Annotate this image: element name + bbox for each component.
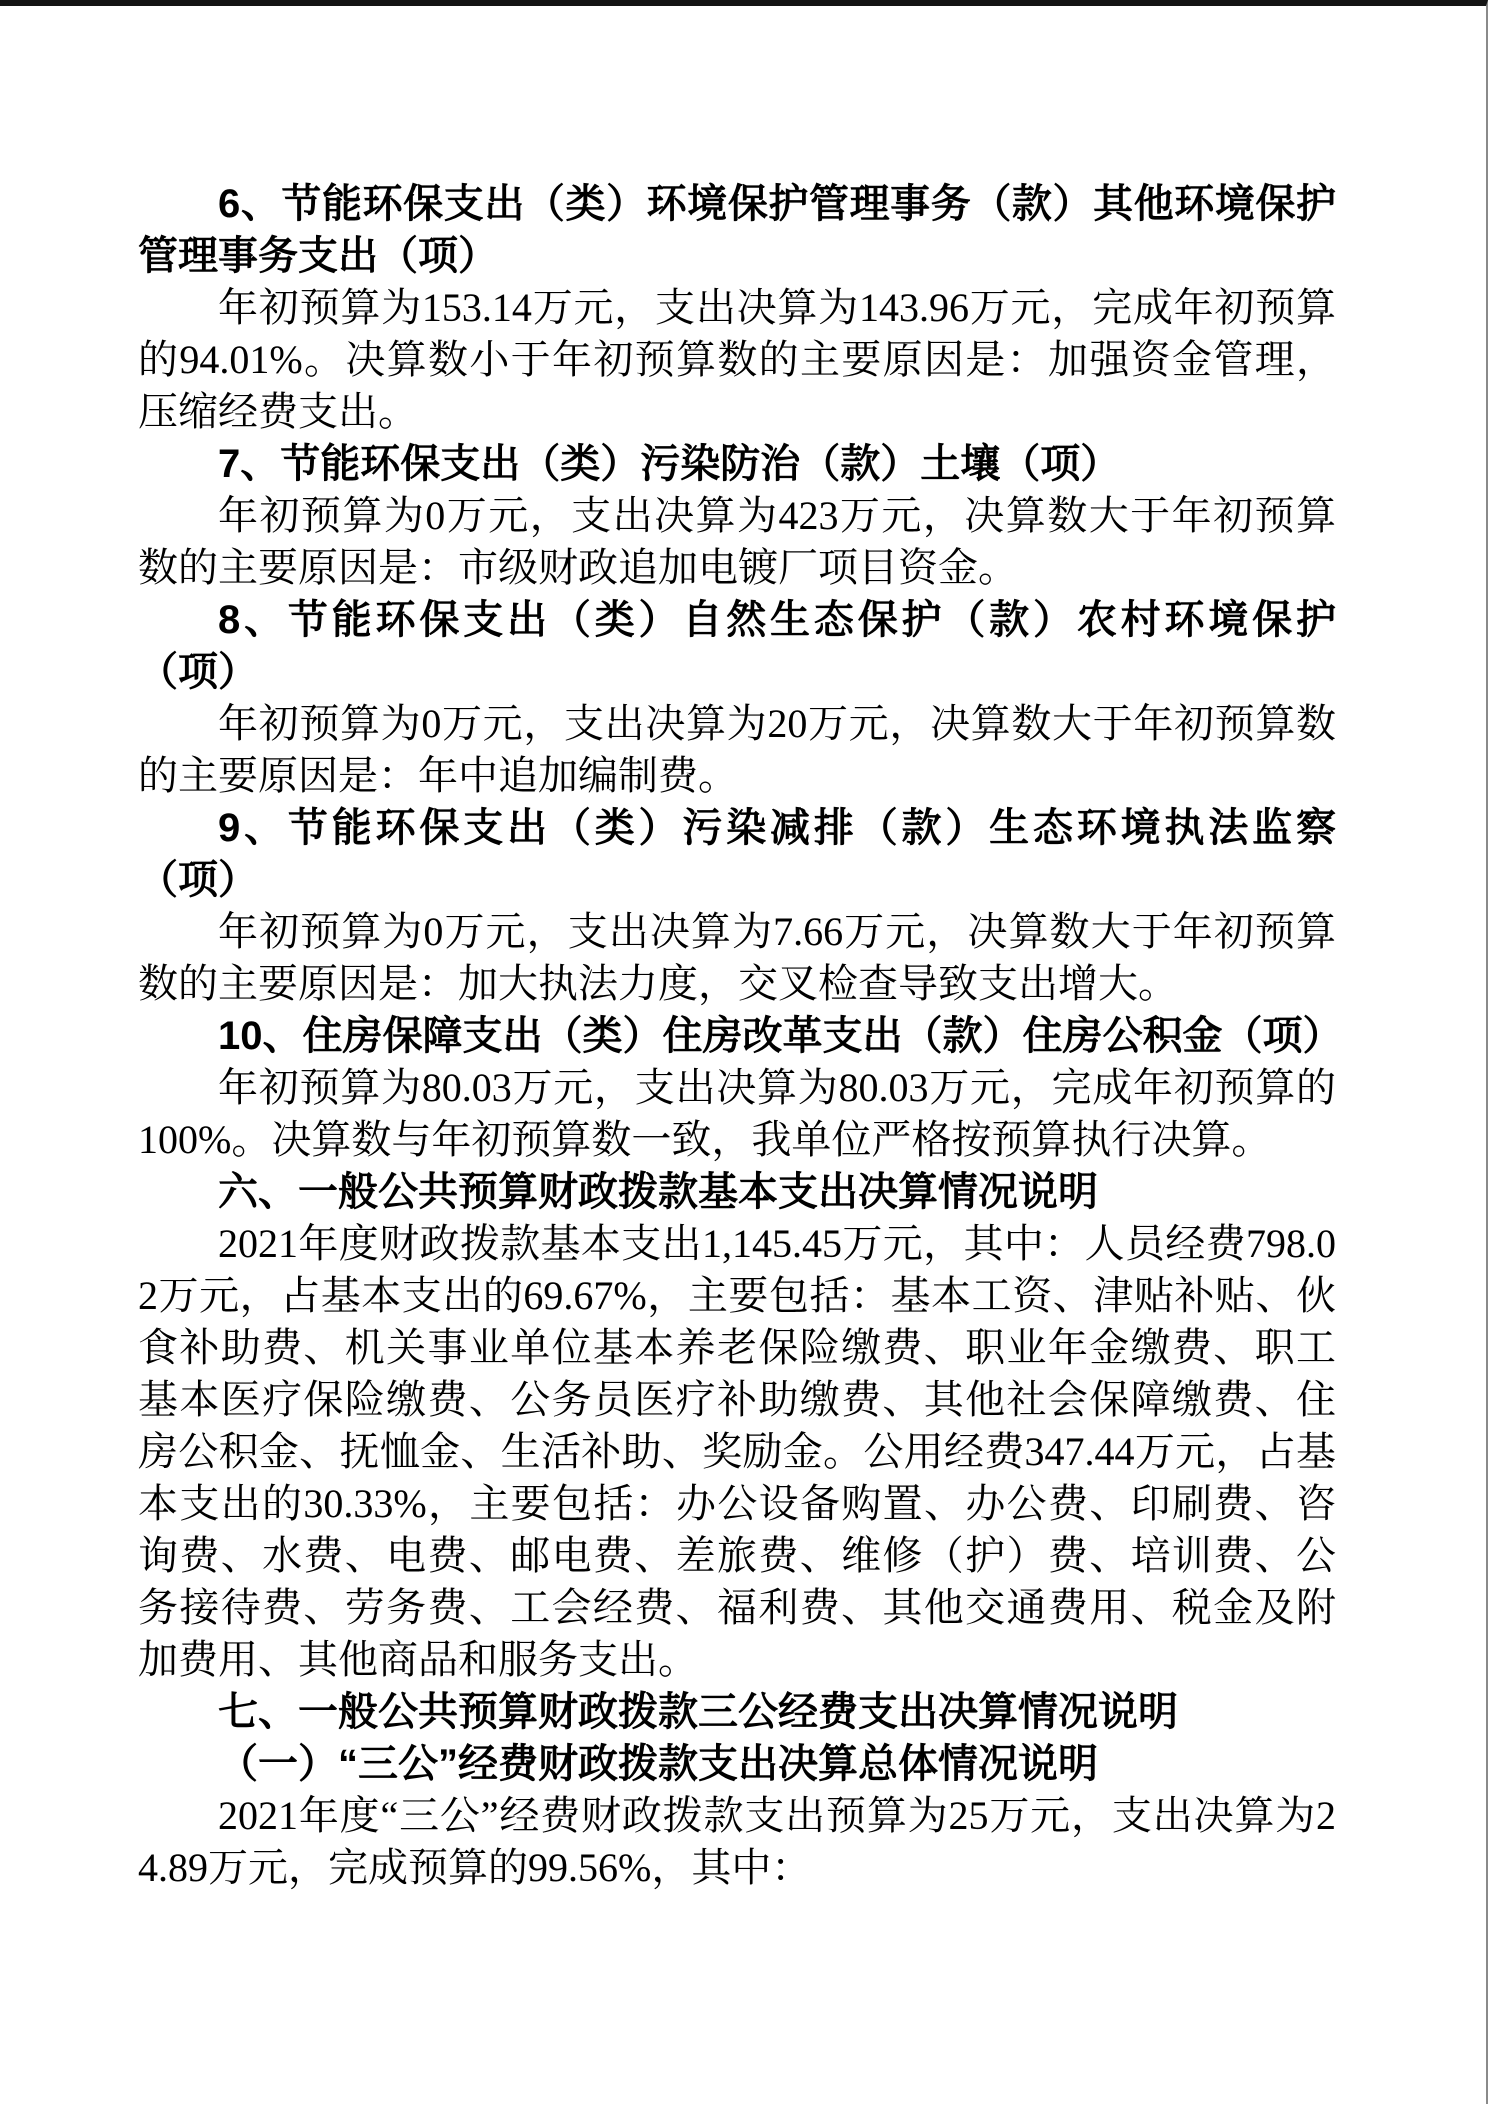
section-qi-heading: 七、一般公共预算财政拨款三公经费支出决算情况说明 [138, 1686, 1336, 1738]
section-8-body: 年初预算为0万元，支出决算为20万元，决算数大于年初预算数的主要原因是：年中追加… [138, 698, 1336, 802]
section-qi-1-body: 2021年度“三公”经费财政拨款支出预算为25万元，支出决算为24.89万元，完… [138, 1790, 1336, 1894]
section-qi-1-subheading: （一）“三公”经费财政拨款支出决算总体情况说明 [138, 1738, 1336, 1790]
section-liu-body: 2021年度财政拨款基本支出1,145.45万元，其中：人员经费798.02万元… [138, 1218, 1336, 1686]
section-6-body: 年初预算为153.14万元，支出决算为143.96万元，完成年初预算的94.01… [138, 282, 1336, 438]
document-page: 6、节能环保支出（类）环境保护管理事务（款）其他环境保护管理事务支出（项） 年初… [0, 0, 1488, 2104]
section-liu-heading: 六、一般公共预算财政拨款基本支出决算情况说明 [138, 1166, 1336, 1218]
section-9-heading: 9、节能环保支出（类）污染减排（款）生态环境执法监察（项） [138, 802, 1336, 906]
section-7-body: 年初预算为0万元，支出决算为423万元，决算数大于年初预算数的主要原因是：市级财… [138, 490, 1336, 594]
section-10-heading: 10、住房保障支出（类）住房改革支出（款）住房公积金（项） [138, 1010, 1336, 1062]
section-7-heading: 7、节能环保支出（类）污染防治（款）土壤（项） [138, 438, 1336, 490]
section-6-heading: 6、节能环保支出（类）环境保护管理事务（款）其他环境保护管理事务支出（项） [138, 178, 1336, 282]
section-10-body: 年初预算为80.03万元，支出决算为80.03万元，完成年初预算的100%。决算… [138, 1062, 1336, 1166]
section-9-body: 年初预算为0万元，支出决算为7.66万元，决算数大于年初预算数的主要原因是：加大… [138, 906, 1336, 1010]
section-8-heading: 8、节能环保支出（类）自然生态保护（款）农村环境保护（项） [138, 594, 1336, 698]
